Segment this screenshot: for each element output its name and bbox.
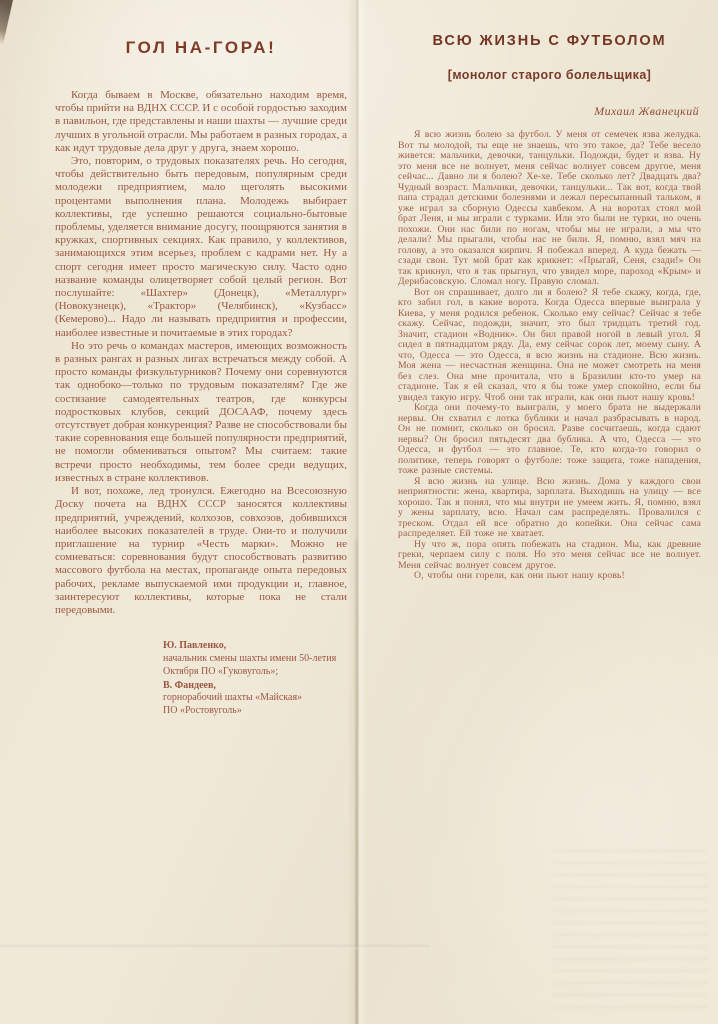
center-fold-line-lower (355, 540, 358, 1024)
right-article: ВСЮ ЖИЗНЬ С ФУТБОЛОМ [монолог старого бо… (398, 33, 701, 582)
signature-entry: В. Фандеев, горнорабочий шахты «Майская»… (163, 680, 363, 718)
signature-role: горнорабочий шахты «Майская» ПО «Ростову… (163, 692, 363, 718)
paragraph: Вот он спрашивает, долго ли я болею? Я т… (398, 288, 701, 404)
paragraph: Я всю жизнь на улице. Всю жизнь. Дома у … (398, 477, 701, 540)
scan-corner-shadow (0, 0, 13, 58)
right-article-subtitle: [монолог старого болельщика] (398, 68, 701, 82)
signature-role: начальник смены шахты имени 50-летия Окт… (163, 653, 363, 679)
right-article-body: Я всю жизнь болею за футбол. У меня от с… (398, 130, 701, 582)
paragraph: Это, повторим, о трудовых показателях ре… (55, 155, 347, 340)
scanned-page: ГОЛ НА-ГОРА! Когда бываем в Москве, обяз… (0, 0, 718, 1024)
author-byline: Михаил Жванецкий (398, 104, 701, 119)
paragraph: Я всю жизнь болею за футбол. У меня от с… (398, 130, 701, 288)
signature-entry: Ю. Павленко, начальник смены шахты имени… (163, 640, 363, 678)
horizontal-crease (0, 945, 430, 949)
paragraph: И вот, похоже, лед тронулся. Ежегодно на… (55, 485, 347, 617)
right-article-title: ВСЮ ЖИЗНЬ С ФУТБОЛОМ (398, 33, 701, 49)
paragraph: Когда они почему-то выиграли, у моего бр… (398, 403, 701, 477)
signature-name: В. Фандеев, (163, 680, 363, 693)
left-article-title: ГОЛ НА-ГОРА! (55, 38, 347, 58)
paragraph: Когда бываем в Москве, обязательно наход… (55, 89, 347, 155)
paragraph: Ну что ж, пора опять побежать на стадион… (398, 540, 701, 572)
paragraph: Но это речь о командах мастеров, имеющих… (55, 340, 347, 485)
ink-bleed-through (553, 850, 708, 1015)
left-article: ГОЛ НА-ГОРА! Когда бываем в Москве, обяз… (55, 38, 347, 719)
signature-block: Ю. Павленко, начальник смены шахты имени… (163, 640, 363, 718)
paragraph: О, чтобы они горели, как они пьют нашу к… (398, 571, 701, 582)
left-article-body: Когда бываем в Москве, обязательно наход… (55, 89, 347, 617)
signature-name: Ю. Павленко, (163, 640, 363, 653)
